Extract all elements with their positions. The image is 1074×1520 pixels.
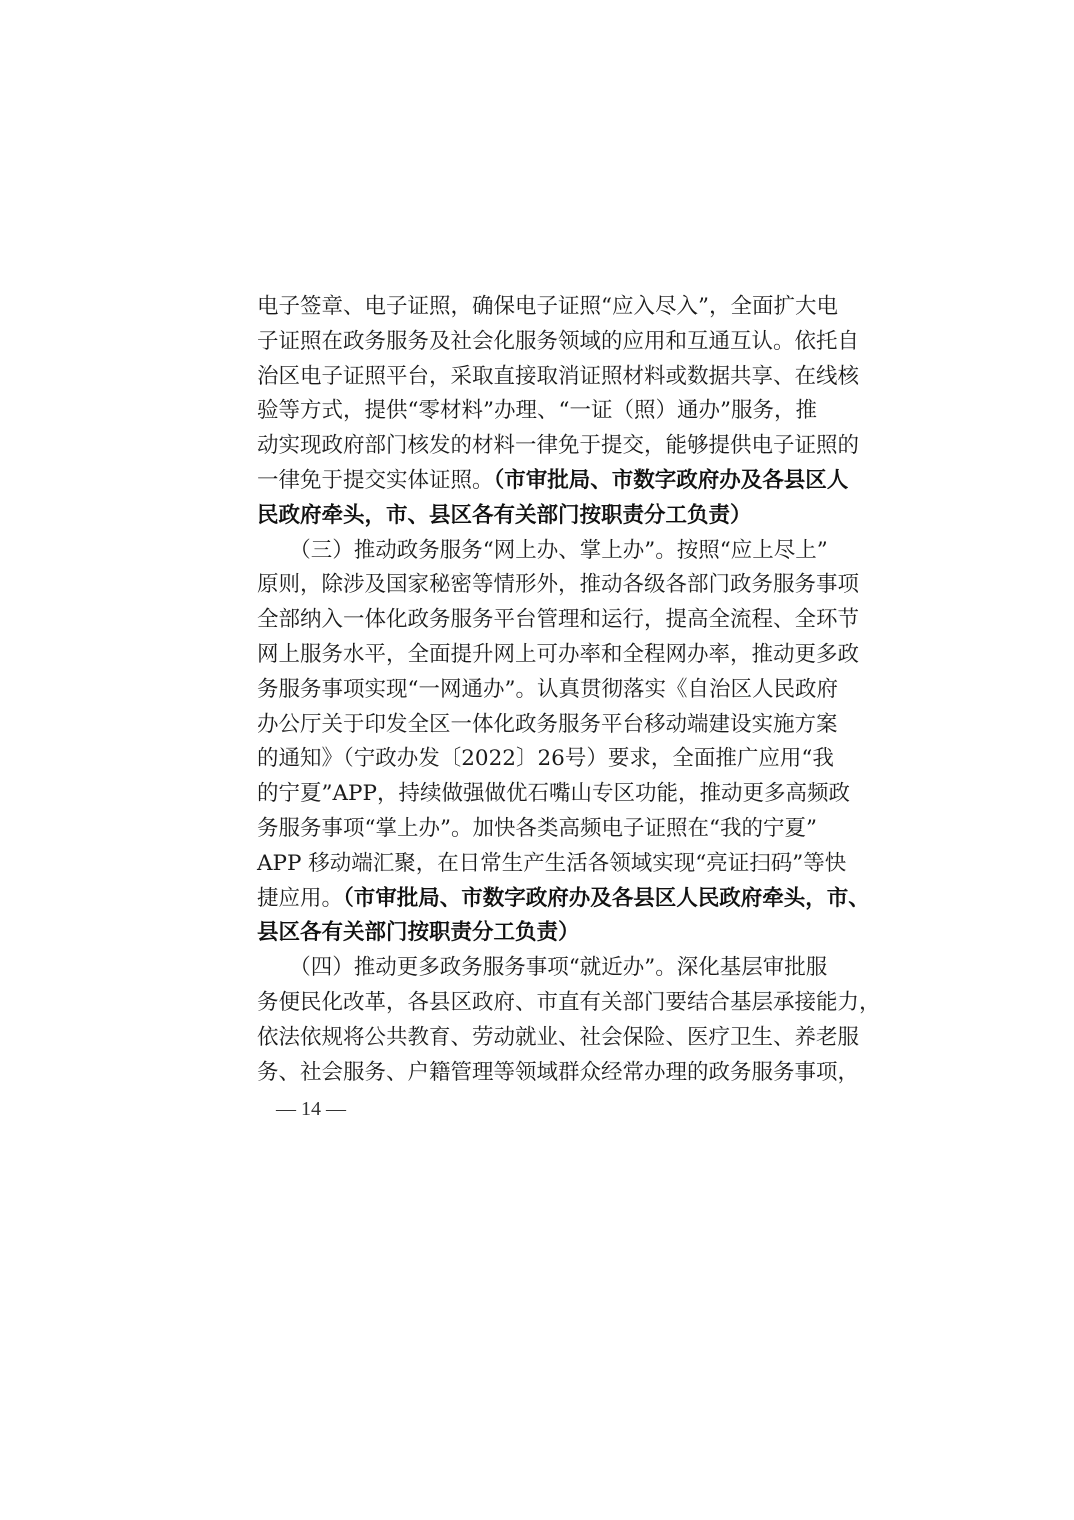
responsibility-note: 县区各有关部门按职责分工负责） <box>257 920 580 945</box>
document-body: 电子签章、电子证照，确保电子证照“应入尽入”，全面扩大电 子证照在政务服务及社会… <box>257 290 817 1090</box>
responsibility-note: （市审批局、市数字政府办及各县区人 <box>494 468 849 493</box>
text-line: APP 移动端汇聚，在日常生产生活各领域实现“亮证扫码”等快 <box>257 847 817 882</box>
text-line: 子证照在政务服务及社会化服务领域的应用和互通互认。依托自 <box>257 325 817 360</box>
responsibility-note: （市审批局、市数字政府办及各县区人民政府牵头，市、 <box>343 886 870 911</box>
text-line: 务服务事项“掌上办”。加快各类高频电子证照在“我的宁夏” <box>257 812 817 847</box>
text-line: 民政府牵头，市、县区各有关部门按职责分工负责） <box>257 499 817 534</box>
text-line: 电子签章、电子证照，确保电子证照“应入尽入”，全面扩大电 <box>257 290 817 325</box>
text-line: 务、社会服务、户籍管理等领域群众经常办理的政务服务事项， <box>257 1056 817 1091</box>
text-line: 验等方式，提供“零材料”办理、“一证（照）通办”服务，推 <box>257 394 817 429</box>
text-line: 依法依规将公共教育、劳动就业、社会保险、医疗卫生、养老服 <box>257 1021 817 1056</box>
text-line: 网上服务水平，全面提升网上可办率和全程网办率，推动更多政 <box>257 638 817 673</box>
text-line: 办公厅关于印发全区一体化政务服务平台移动端建设实施方案 <box>257 708 817 743</box>
text-line: 动实现政府部门核发的材料一律免于提交，能够提供电子证照的 <box>257 429 817 464</box>
section-heading-line: （三）推动政务服务“网上办、掌上办”。按照“应上尽上” <box>257 534 817 569</box>
text-line: 治区电子证照平台，采取直接取消证照材料或数据共享、在线核 <box>257 360 817 395</box>
text-line: 一律免于提交实体证照。（市审批局、市数字政府办及各县区人 <box>257 464 817 499</box>
text-line: 务服务事项实现“一网通办”。认真贯彻落实《自治区人民政府 <box>257 673 817 708</box>
text-line: 捷应用。（市审批局、市数字政府办及各县区人民政府牵头，市、 <box>257 882 817 917</box>
text-line: 的宁夏”APP，持续做强做优石嘴山专区功能，推动更多高频政 <box>257 777 817 812</box>
section-heading-line: （四）推动更多政务服务事项“就近办”。深化基层审批服 <box>257 951 817 986</box>
text-line: 务便民化改革，各县区政府、市直有关部门要结合基层承接能力， <box>257 986 817 1021</box>
page-number: — 14 — <box>276 1098 346 1121</box>
text-line: 全部纳入一体化政务服务平台管理和运行，提高全流程、全环节 <box>257 603 817 638</box>
text-line: 县区各有关部门按职责分工负责） <box>257 916 817 951</box>
text-line: 原则，除涉及国家秘密等情形外，推动各级各部门政务服务事项 <box>257 568 817 603</box>
text-line: 的通知》（宁政办发〔2022〕26号）要求，全面推广应用“我 <box>257 742 817 777</box>
responsibility-note: 民政府牵头，市、县区各有关部门按职责分工负责） <box>257 503 752 528</box>
